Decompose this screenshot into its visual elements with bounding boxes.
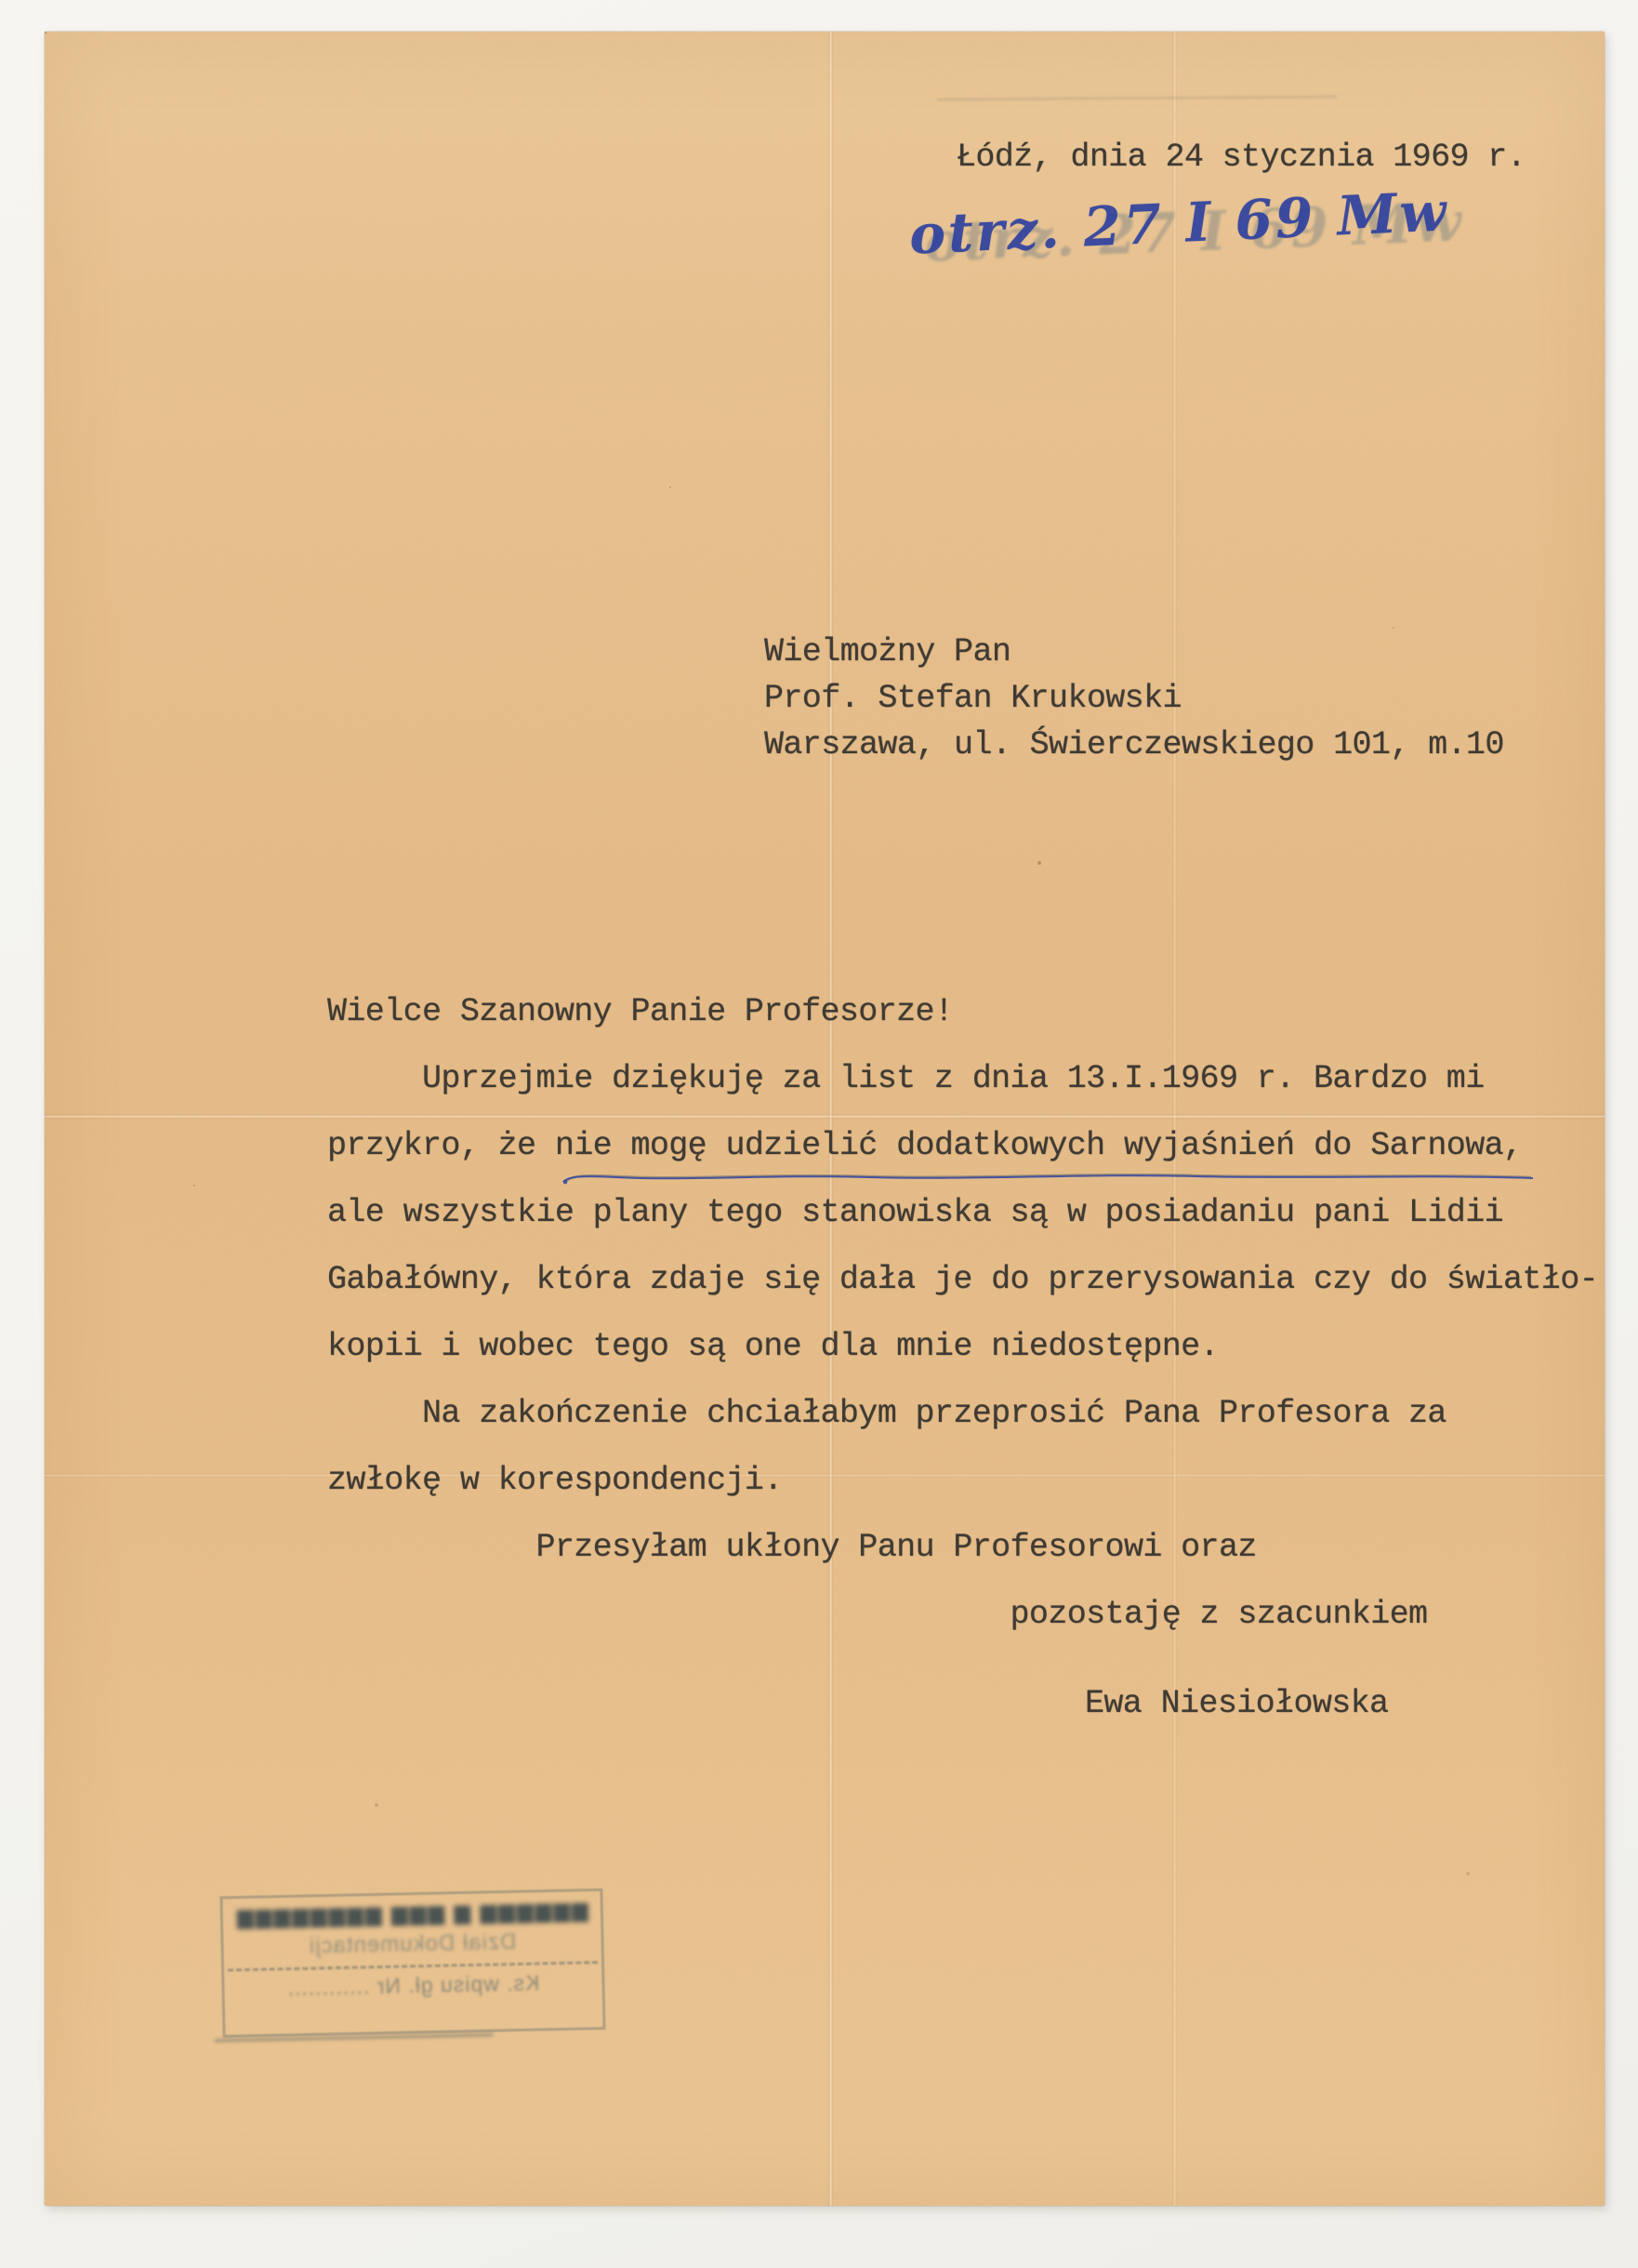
pencil-scratch-mark	[937, 95, 1337, 100]
paper-specks	[45, 32, 46, 33]
recipient-line: Warszawa, ul. Świerczewskiego 101, m.10	[764, 722, 1504, 768]
letter-paper: Łódź, dnia 24 stycznia 1969 r. otrz. 27 …	[45, 32, 1605, 2206]
letter-line: pozostaję z szacunkiem	[327, 1581, 1598, 1648]
letter-line: Gabałówny, która zdaje się dała je do pr…	[327, 1246, 1598, 1313]
dateline: Łódź, dnia 24 stycznia 1969 r.	[957, 139, 1526, 176]
scanned-letter: Łódź, dnia 24 stycznia 1969 r. otrz. 27 …	[0, 0, 1638, 2268]
stamp-illegible-line: ▆▆▆▆▆▆ ▆ ▆▆▆ ▆▆▆▆▆▆▆▆	[223, 1897, 601, 1930]
letter-line: przykro, że nie mogę udzielić dodatkowyc…	[327, 1112, 1598, 1179]
letter-line: kopii i wobec tego są one dla mnie niedo…	[327, 1313, 1598, 1380]
recipient-address: Wielmożny PanProf. Stefan KrukowskiWarsz…	[764, 629, 1504, 768]
letter-line: Wielce Szanowny Panie Profesorze!	[327, 978, 1598, 1045]
letter-line: Na zakończenie chciałabym przeprosić Pan…	[327, 1380, 1598, 1447]
stamp-register-line: Ks. wpisu gł. Nr ............	[224, 1970, 601, 2002]
recipient-line: Wielmożny Pan	[764, 629, 1504, 675]
archive-stamp: ▆▆▆▆▆▆ ▆ ▆▆▆ ▆▆▆▆▆▆▆▆ Dział Dokumentacji…	[219, 1889, 605, 2038]
letter-line: zwłokę w korespondencji.	[327, 1447, 1598, 1514]
stamp-ink-smudge	[215, 2033, 494, 2042]
letter-body: Wielce Szanowny Panie Profesorze! Uprzej…	[327, 978, 1598, 1648]
letter-line: Uprzejmie dziękuję za list z dnia 13.I.1…	[327, 1045, 1598, 1112]
letter-line: ale wszystkie plany tego stanowiska są w…	[327, 1179, 1598, 1246]
signature: Ewa Niesiołowska	[1085, 1685, 1388, 1722]
stamp-department-line: Dział Dokumentacji	[223, 1928, 601, 1961]
letter-line: Przesyłam ukłony Panu Profesorowi oraz	[327, 1514, 1598, 1581]
recipient-line: Prof. Stefan Krukowski	[764, 675, 1504, 722]
